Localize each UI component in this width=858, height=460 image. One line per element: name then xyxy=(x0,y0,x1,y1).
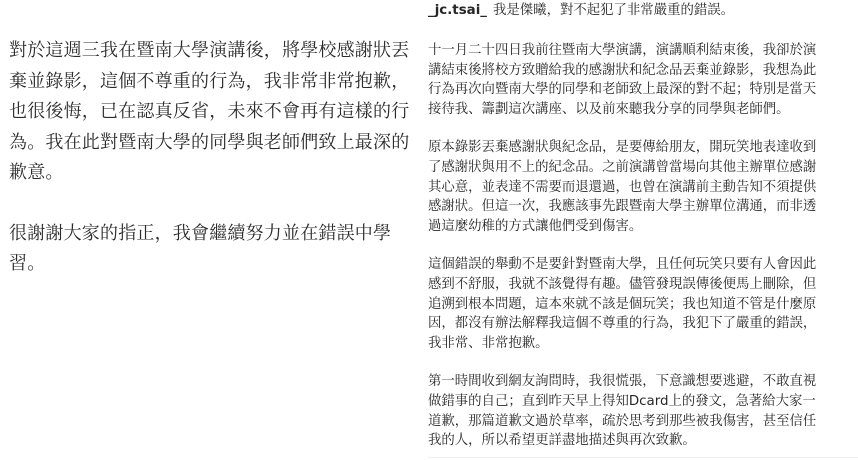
caption-paragraph: 這個錯誤的舉動不是要針對暨南大學，且任何玩笑只要有人會因此 感到不舒服，我就不該… xyxy=(428,255,858,353)
caption-line: 原本錄影丟棄感謝狀與紀念品，是要傳給朋友，開玩笑地表達收到 xyxy=(428,138,858,158)
caption-line: 我的人，所以希望更詳盡地描述與再次致歉。 xyxy=(428,431,858,451)
apology-statement: 對於這週三我在暨南大學演講後，將學校感謝狀丟棄並錄影，這個不尊重的行為，我非常非… xyxy=(9,36,421,280)
caption-paragraph: 第一時間收到網友詢問時，我很慌張，下意識想要逃避，不敢直視 做錯事的自己；直到昨… xyxy=(428,372,858,450)
caption-line: 感謝狀。但這一次，我應該事先跟暨南大學主辦單位溝通，而非透 xyxy=(428,197,858,217)
post-caption: _jc.tsai_我是傑曦，對不起犯了非常嚴重的錯誤。 十一月二十四日我前往暨南… xyxy=(428,0,858,460)
caption-line: 了感謝狀與用不上的紀念品。之前演講曾當場向其他主辦單位感謝 xyxy=(428,158,858,178)
caption-line: 我非常、非常抱歉。 xyxy=(428,334,858,354)
caption-paragraph: 原本錄影丟棄感謝狀與紀念品，是要傳給朋友，開玩笑地表達收到 了感謝狀與用不上的紀… xyxy=(428,138,858,236)
caption-line: 追溯到根本問題，這本來就不該是個玩笑；我也知道不管是什麼原 xyxy=(428,295,858,315)
statement-paragraph: 對於這週三我在暨南大學演講後，將學校感謝狀丟棄並錄影，這個不尊重的行為，我非常非… xyxy=(9,36,421,189)
statement-paragraph: 很謝謝大家的指正，我會繼續努力並在錯誤中學習。 xyxy=(9,219,421,280)
caption-divider xyxy=(428,457,858,458)
caption-headline: 我是傑曦，對不起犯了非常嚴重的錯誤。 xyxy=(493,3,734,18)
username-link[interactable]: _jc.tsai_ xyxy=(428,3,487,18)
caption-line: 其心意，並表達不需要而退還過，也曾在演講前主動告知不須提供 xyxy=(428,178,858,198)
caption-line: 這個錯誤的舉動不是要針對暨南大學，且任何玩笑只要有人會因此 xyxy=(428,255,858,275)
caption-line: 第一時間收到網友詢問時，我很慌張，下意識想要逃避，不敢直視 xyxy=(428,372,858,392)
caption-line: 十一月二十四日我前往暨南大學演講，演講順利結束後，我卻於演 xyxy=(428,41,858,61)
caption-paragraph: 十一月二十四日我前往暨南大學演講，演講順利結束後，我卻於演 講結束後將校方致贈給… xyxy=(428,41,858,119)
caption-line: 因，都沒有辦法解釋我這個不尊重的行為，我犯下了嚴重的錯誤， xyxy=(428,314,858,334)
caption-line: 過這麼幼稚的方式讓他們受到傷害。 xyxy=(428,217,858,237)
caption-line: 行為再次向暨南大學的同學和老師致上最深的對不起；特別是當天 xyxy=(428,80,858,100)
caption-line: 感到不舒服，我就不該覺得有趣。儘管發現誤傳後便馬上刪除，但 xyxy=(428,275,858,295)
caption-line: 講結束後將校方致贈給我的感謝狀和紀念品丟棄並錄影，我想為此 xyxy=(428,61,858,81)
caption-line: 接待我、籌劃這次講座、以及前來聽我分享的同學與老師們。 xyxy=(428,100,858,120)
caption-line: 做錯事的自己；直到昨天早上得知Dcard上的發文，急著給大家一 xyxy=(428,392,858,412)
caption-line: 道歉，那篇道歉文過於草率，疏於思考到那些被我傷害，甚至信任 xyxy=(428,412,858,432)
caption-header: _jc.tsai_我是傑曦，對不起犯了非常嚴重的錯誤。 xyxy=(428,2,858,22)
